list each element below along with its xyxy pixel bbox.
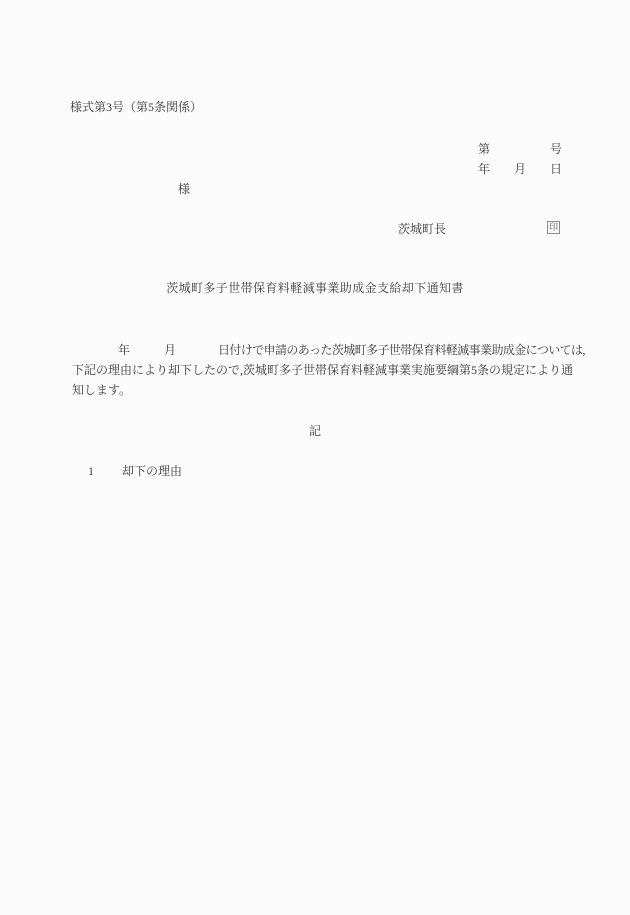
document-page: 様式第3号（第5条関係） 第 号 年 月 日 様 茨城町長 印 茨城町多子世帯保… xyxy=(0,0,630,915)
body-month-label: 月 xyxy=(164,343,176,358)
body-line-3: 知します。 xyxy=(72,383,131,398)
document-title: 茨城町多子世帯保育料軽減事業助成金支給却下通知書 xyxy=(0,281,630,296)
date-year-label: 年 xyxy=(478,162,490,177)
form-number: 様式第3号（第5条関係） xyxy=(70,100,202,115)
sender-name: 茨城町長 xyxy=(398,222,446,237)
seal-mark-icon: 印 xyxy=(547,221,560,234)
date-month-label: 月 xyxy=(514,162,526,177)
doc-number-prefix: 第 xyxy=(478,142,490,157)
list-item-label: 却下の理由 xyxy=(122,464,182,479)
body-year-label: 年 xyxy=(118,343,130,358)
body-line-2: 下記の理由により却下したので,茨城町多子世帯保育料軽減事業実施要綱第5条の規定に… xyxy=(72,363,573,378)
body-line-1-text: 日付けで申請のあった茨城町多子世帯保育料軽減事業助成金については, xyxy=(218,343,585,358)
date-day-label: 日 xyxy=(550,162,562,177)
addressee-honorific: 様 xyxy=(178,182,190,197)
doc-number-suffix: 号 xyxy=(550,142,562,157)
record-marker: 記 xyxy=(0,424,630,439)
list-item-number: 1 xyxy=(88,464,94,479)
